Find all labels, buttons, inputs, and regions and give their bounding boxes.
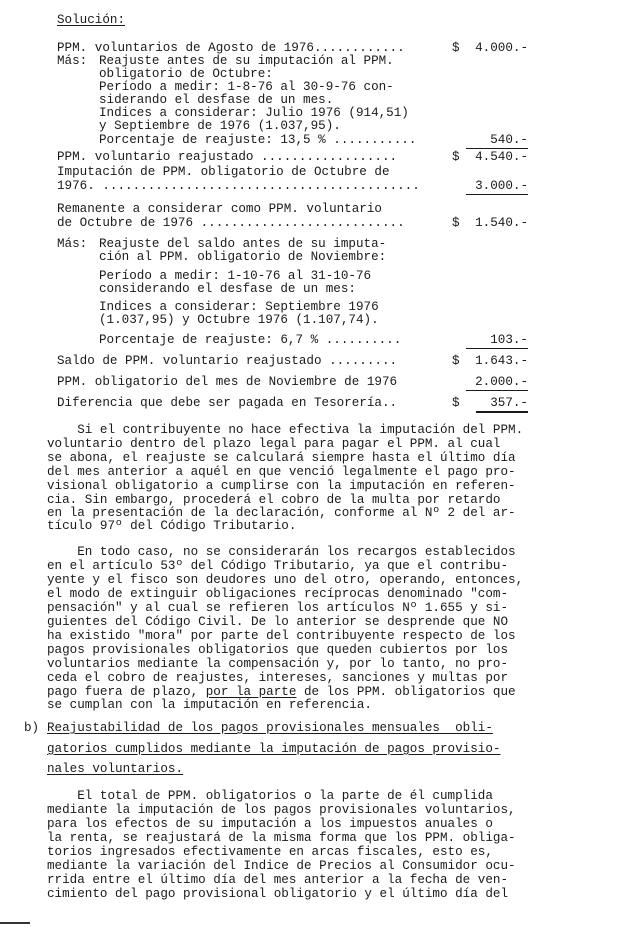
paragraph-line: En todo caso, no se considerarán los rec… (47, 546, 516, 560)
row-saldo-amount: 1.643.- (468, 355, 528, 368)
subtotal-rule (466, 390, 528, 391)
paragraph-line: rrida entre el último día del mes anteri… (47, 874, 508, 888)
row-voluntarios-agosto-currency: $ (452, 42, 460, 55)
paragraph-line: cimiento del pago provisional obligatori… (47, 888, 508, 902)
paragraph-line: El total de PPM. obligatorios o la parte… (47, 790, 493, 804)
paragraph-line: en el artículo 53º del Código Tributario… (47, 560, 508, 574)
row-remanente-line: de Octubre de 1976 .....................… (57, 217, 405, 230)
solution-heading: Solución: (57, 14, 125, 27)
paragraph-line: mediante la variación del Indice de Prec… (47, 860, 516, 874)
paragraph-line: tículo 97º del Código Tributario. (47, 520, 296, 534)
paragraph-line: la renta, se reajustará de la misma form… (47, 832, 516, 846)
paragraph-line: pensación" y al cual se refieren los art… (47, 602, 508, 616)
row-reajustado-label: PPM. voluntario reajustado .............… (57, 151, 397, 164)
paragraph-line: visional obligatorio a cumplirse con la … (47, 480, 516, 494)
section-marker: b) (24, 722, 39, 735)
paragraph-line: guientes del Código Civil. De lo anterio… (47, 616, 508, 630)
section-title-line: nales voluntarios. (47, 763, 183, 776)
row-imputacion-amount: 3.000.- (468, 180, 528, 193)
subtotal-rule (466, 348, 528, 349)
mas2-amount: 103.- (468, 334, 528, 347)
paragraph-line: Si el contribuyente no hace efectiva la … (47, 424, 523, 438)
paragraph-line: ha existido "mora" por parte del contrib… (47, 630, 516, 644)
paragraph-line: mediante la imputación de los pagos prov… (47, 804, 516, 818)
total-double-rule (476, 411, 528, 413)
underlined-phrase: por la parte (206, 685, 297, 699)
text-segment: pago fuera de plazo, (47, 685, 206, 699)
document-page: Solución: PPM. voluntarios de Agosto de … (0, 0, 630, 927)
page-edge-mark (0, 922, 30, 927)
mas2-line: (1.037,95) y Octubre 1976 (1.107,74). (99, 314, 379, 327)
subtotal-rule (466, 194, 528, 195)
row-imputacion-line: Imputación de PPM. obligatorio de Octubr… (57, 166, 390, 179)
paragraph-line: yente y el fisco son deudores uno del ot… (47, 574, 523, 588)
mas2-line: ción al PPM. obligatorio de Noviembre: (99, 251, 386, 264)
paragraph-line: pagos provisionales obligatorios que que… (47, 644, 508, 658)
section-title-line: Reajustabilidad de los pagos provisional… (47, 722, 493, 735)
row-remanente-amount: 1.540.- (468, 217, 528, 230)
row-saldo-label: Saldo de PPM. voluntario reajustado ....… (57, 355, 397, 368)
mas1-line: y Septiembre de 1976 (1.037,95). (99, 120, 341, 133)
mas2-prefix: Más: (57, 238, 87, 251)
row-voluntarios-agosto-amount: 4.000.- (468, 42, 528, 55)
paragraph-line: ceda el cobro de reajustes, intereses, s… (47, 672, 508, 686)
row-diferencia-currency: $ (452, 397, 460, 410)
row-diferencia-amount: 357.- (468, 397, 528, 410)
row-imputacion-line: 1976. ..................................… (57, 180, 420, 193)
paragraph-line: el modo de extinguir obligaciones recípr… (47, 588, 508, 602)
mas1-amount: 540.- (468, 134, 528, 147)
row-obligatorio-label: PPM. obligatorio del mes de Noviembre de… (57, 376, 397, 389)
mas1-prefix: Más: (57, 55, 87, 68)
mas2-line: considerando el desfase de un mes: (99, 283, 356, 296)
row-saldo-currency: $ (452, 355, 460, 368)
paragraph-line: torios ingresados efectivamente en arcas… (47, 846, 493, 860)
paragraph-line: del mes anterior a aquél en que venció l… (47, 466, 516, 480)
row-obligatorio-amount: 2.000.- (468, 376, 528, 389)
row-diferencia-label: Diferencia que debe ser pagada en Tesore… (57, 397, 397, 410)
mas2-line: Porcentaje de reajuste: 6,7 % .......... (99, 334, 401, 347)
paragraph-line: voluntarios mediante la compensación y, … (47, 658, 508, 672)
subtotal-rule (466, 148, 528, 149)
row-remanente-currency: $ (452, 217, 460, 230)
paragraph-line: voluntario dentro del plazo legal para p… (47, 438, 500, 452)
mas1-line: Porcentaje de reajuste: 13,5 % .........… (99, 134, 416, 147)
section-title-line: gatorios cumplidos mediante la imputació… (47, 743, 500, 756)
row-reajustado-currency: $ (452, 151, 460, 164)
paragraph-line: se cumplan con la imputación en referenc… (47, 699, 372, 713)
row-remanente-line: Remanente a considerar como PPM. volunta… (57, 203, 382, 216)
paragraph-line: se abona, el reajuste se calculará siemp… (47, 452, 516, 466)
paragraph-line: para los efectos de su imputación a los … (47, 818, 493, 832)
row-reajustado-amount: 4.540.- (468, 151, 528, 164)
text-segment: de los PPM. obligatorios que (296, 685, 515, 699)
